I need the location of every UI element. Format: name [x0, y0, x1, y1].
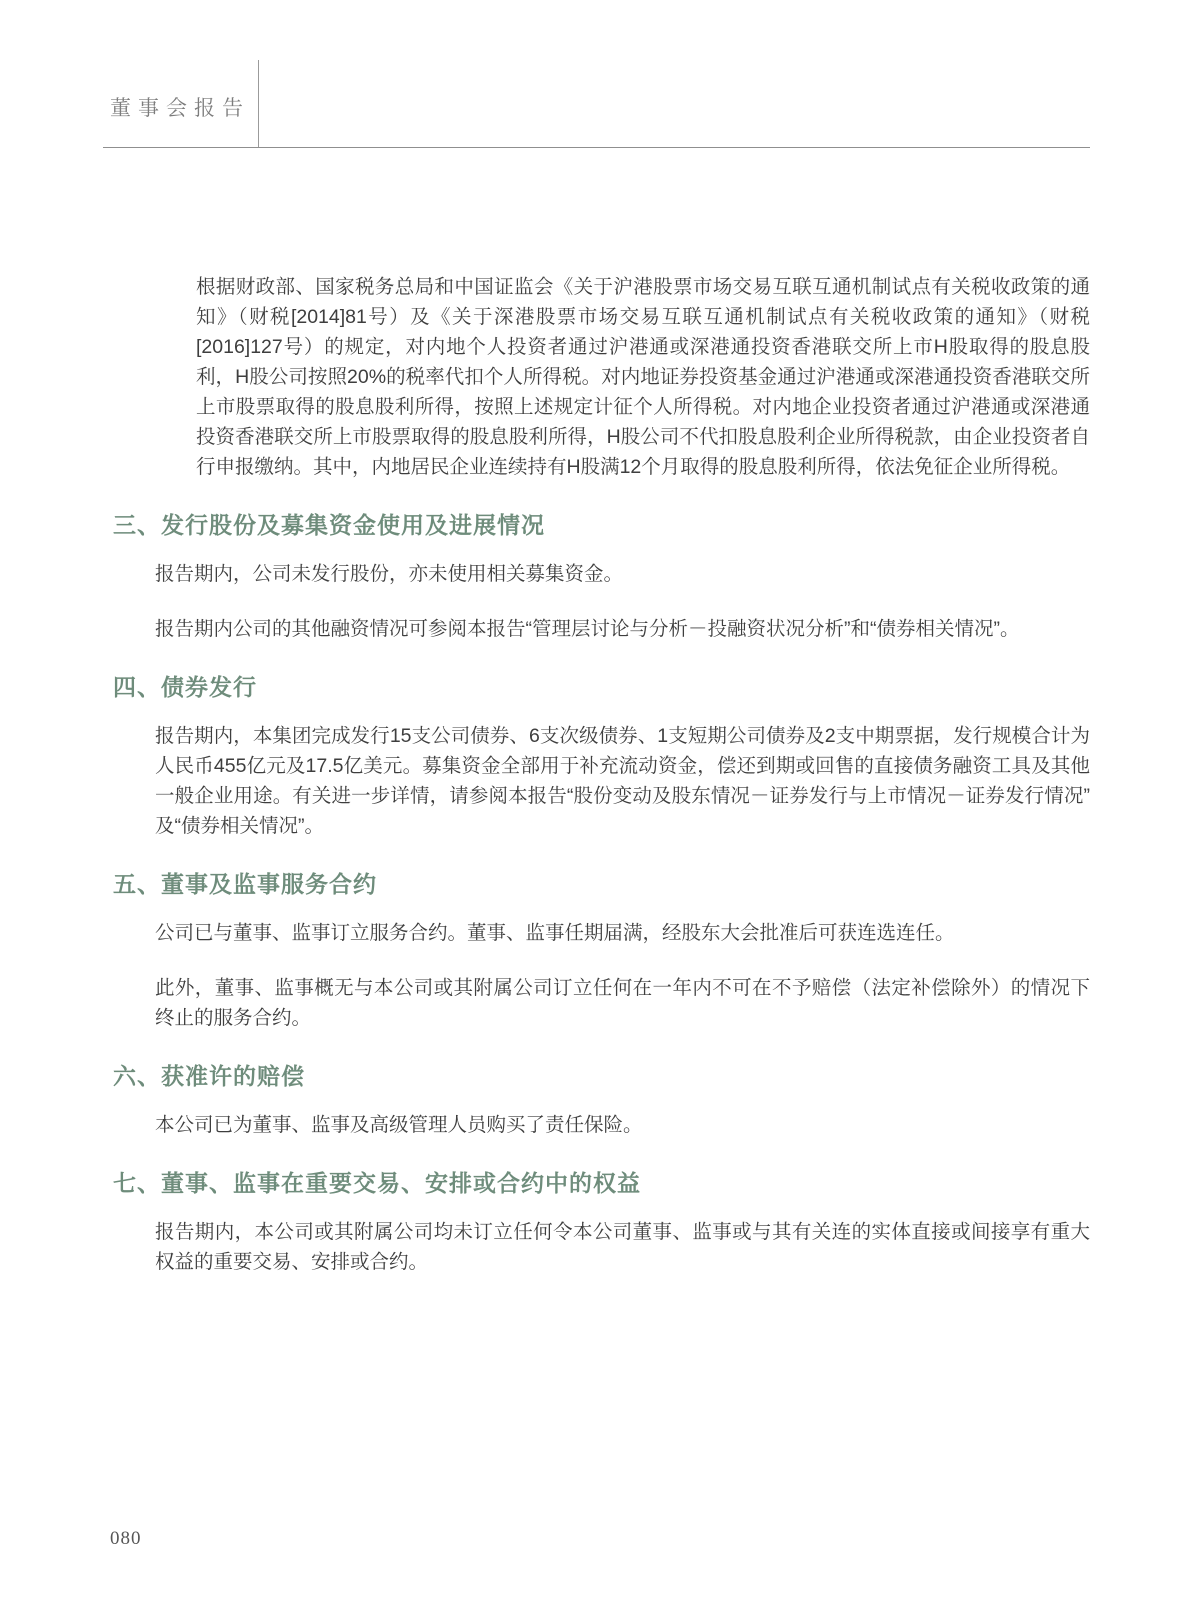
header-horizontal-divider: [103, 147, 1090, 148]
section-paragraph: 本公司已为董事、监事及高级管理人员购买了责任保险。: [155, 1110, 1090, 1140]
sections-container: 三、发行股份及募集资金使用及进展情况 报告期内，公司未发行股份，亦未使用相关募集…: [113, 510, 1090, 1277]
section-paragraph: 报告期内，本集团完成发行15支公司债券、6支次级债券、1支短期公司债券及2支中期…: [155, 721, 1090, 841]
section-heading: 六、获准许的赔偿: [113, 1061, 1090, 1091]
page-header-title: 董事会报告: [110, 92, 250, 122]
report-content: 根据财政部、国家税务总局和中国证监会《关于沪港股票市场交易互联互通机制试点有关税…: [113, 272, 1090, 1277]
section-paragraph: 公司已与董事、监事订立服务合约。董事、监事任期届满，经股东大会批准后可获连选连任…: [155, 918, 1090, 948]
header-vertical-divider: [258, 60, 259, 147]
report-section: 七、董事、监事在重要交易、安排或合约中的权益 报告期内，本公司或其附属公司均未订…: [113, 1168, 1090, 1277]
report-section: 三、发行股份及募集资金使用及进展情况 报告期内，公司未发行股份，亦未使用相关募集…: [113, 510, 1090, 644]
section-paragraph: 报告期内公司的其他融资情况可参阅本报告“管理层讨论与分析－投融资状况分析”和“债…: [155, 614, 1090, 644]
section-paragraph: 报告期内，公司未发行股份，亦未使用相关募集资金。: [155, 559, 1090, 589]
section-paragraph: 报告期内，本公司或其附属公司均未订立任何令本公司董事、监事或与其有关连的实体直接…: [155, 1217, 1090, 1277]
intro-paragraph: 根据财政部、国家税务总局和中国证监会《关于沪港股票市场交易互联互通机制试点有关税…: [196, 272, 1090, 482]
section-heading: 四、债券发行: [113, 672, 1090, 702]
report-section: 五、董事及监事服务合约 公司已与董事、监事订立服务合约。董事、监事任期届满，经股…: [113, 869, 1090, 1033]
section-paragraph: 此外，董事、监事概无与本公司或其附属公司订立任何在一年内不可在不予赔偿（法定补偿…: [155, 973, 1090, 1033]
section-heading: 七、董事、监事在重要交易、安排或合约中的权益: [113, 1168, 1090, 1198]
section-heading: 五、董事及监事服务合约: [113, 869, 1090, 899]
report-section: 六、获准许的赔偿 本公司已为董事、监事及高级管理人员购买了责任保险。: [113, 1061, 1090, 1140]
report-section: 四、债券发行 报告期内，本集团完成发行15支公司债券、6支次级债券、1支短期公司…: [113, 672, 1090, 841]
section-heading: 三、发行股份及募集资金使用及进展情况: [113, 510, 1090, 540]
page-number: 080: [110, 1528, 142, 1550]
